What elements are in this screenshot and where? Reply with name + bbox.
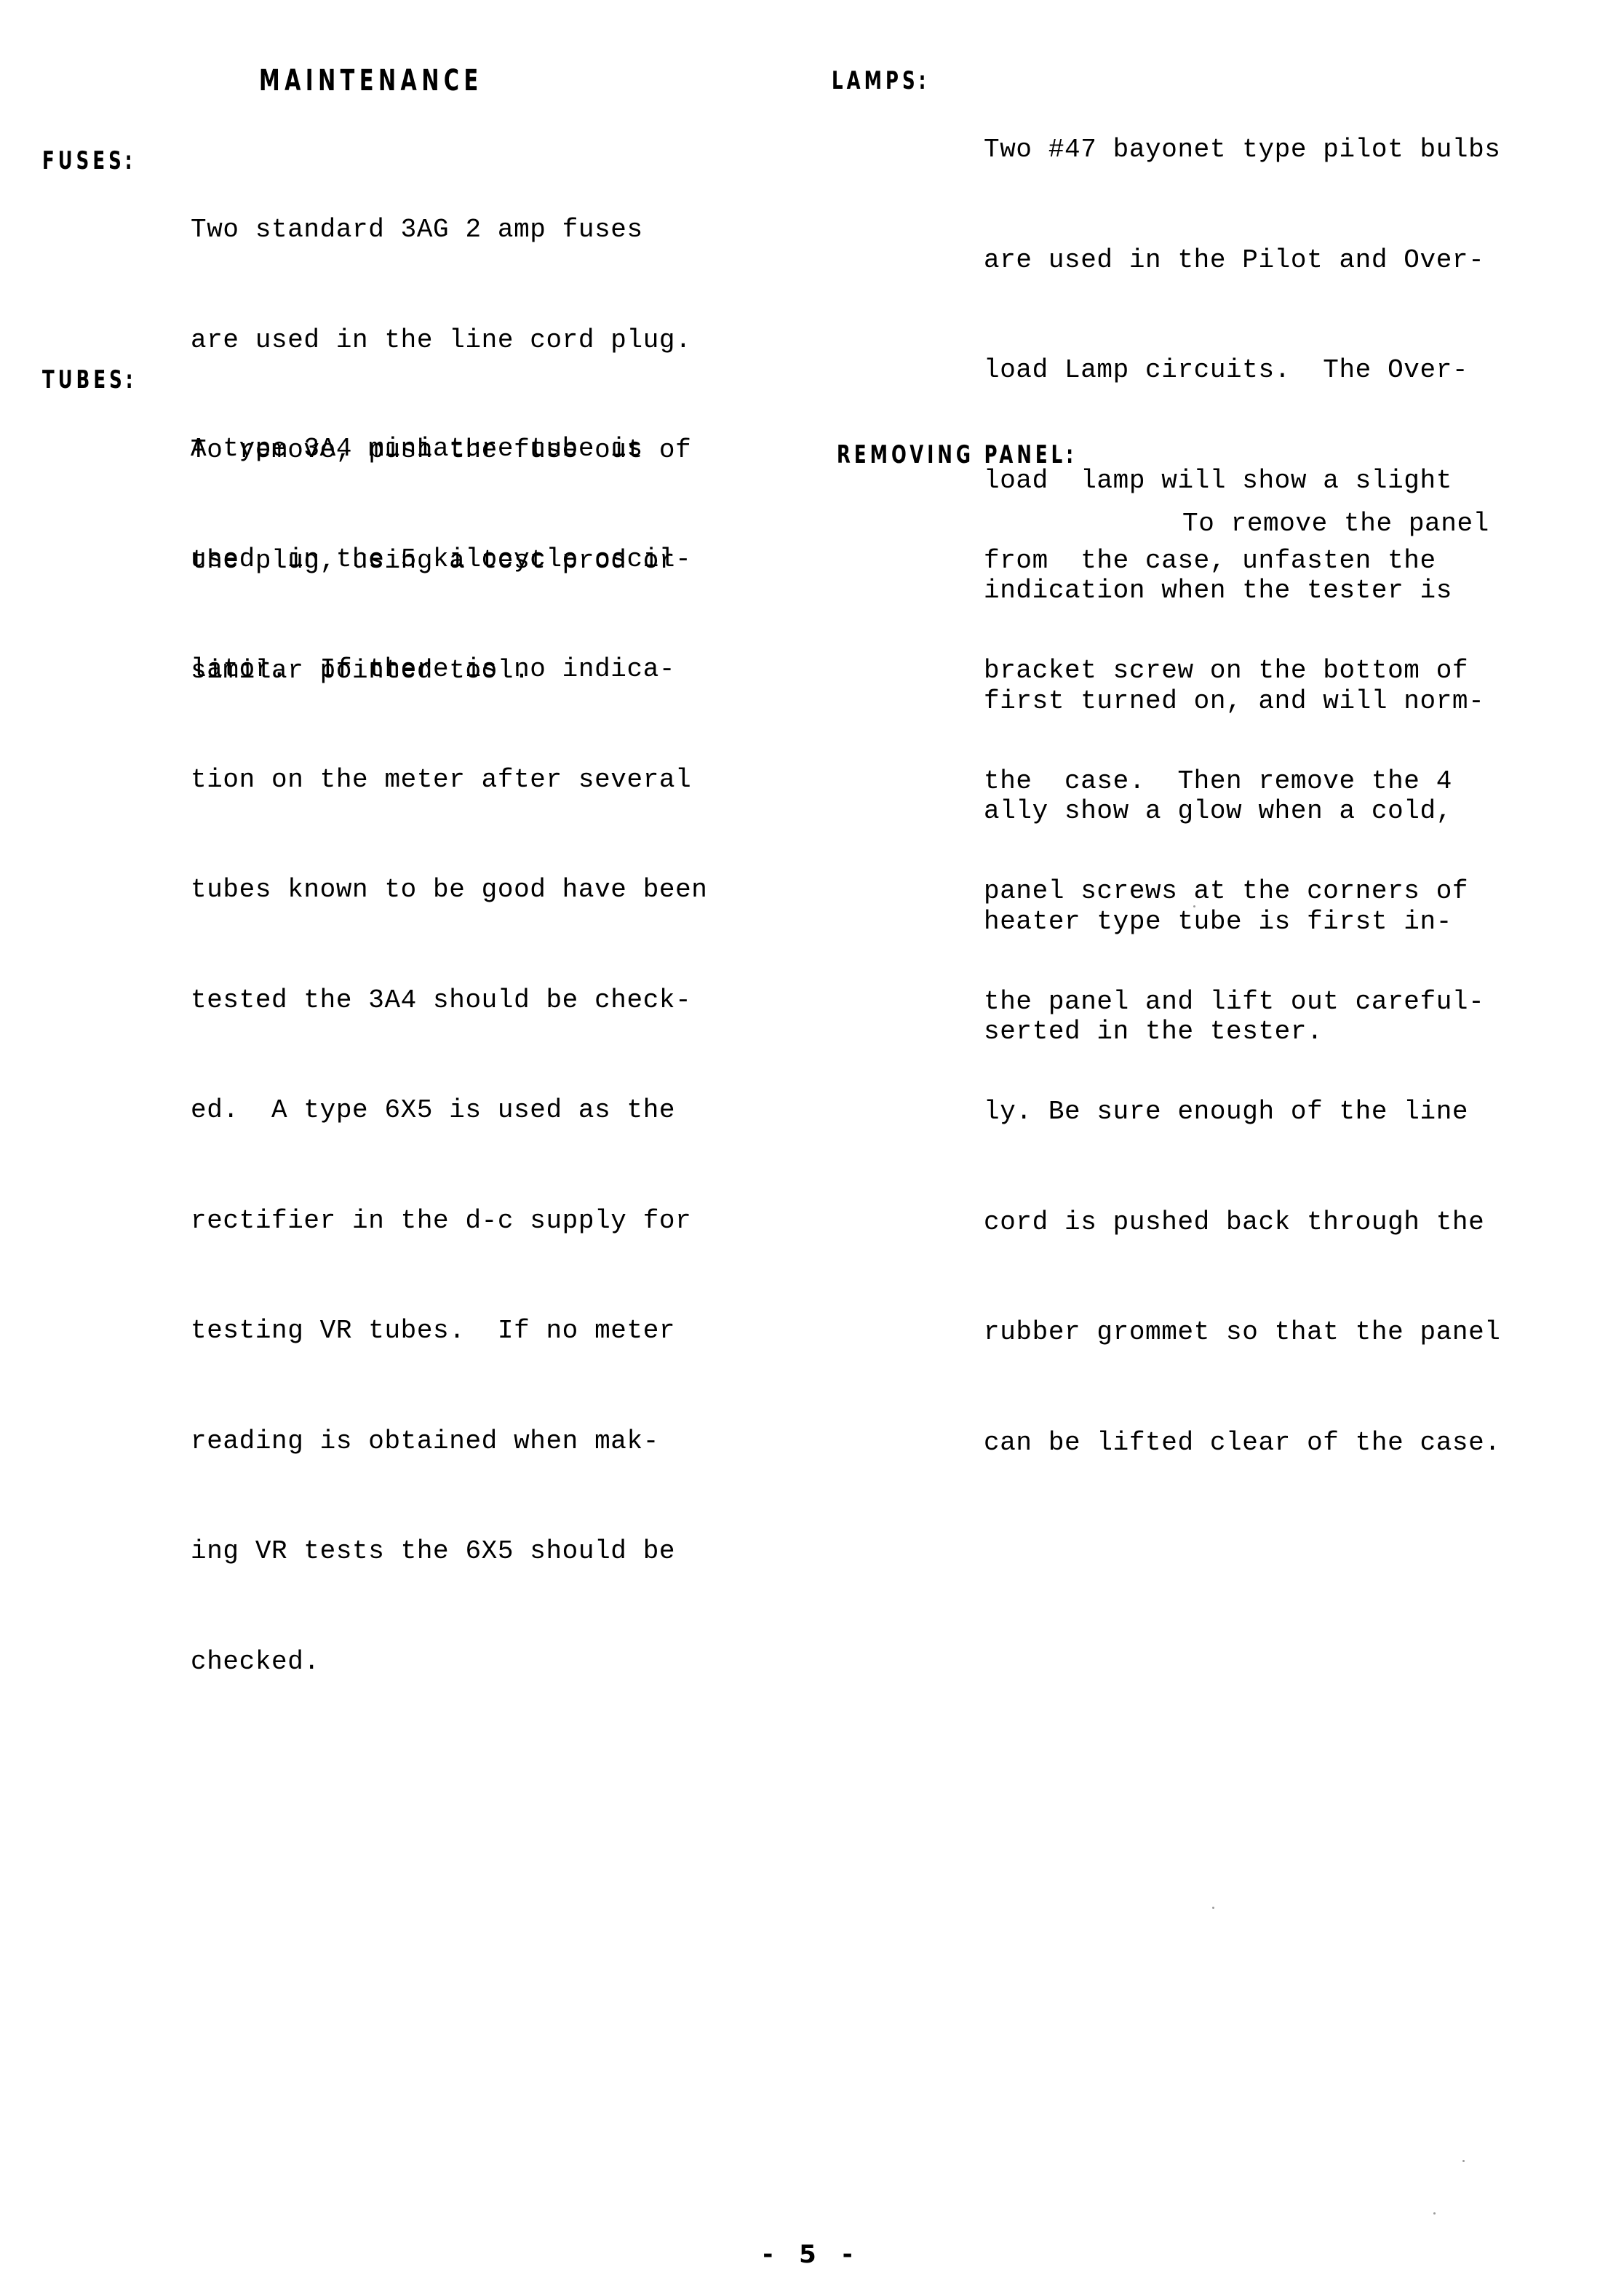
body-line: the panel and lift out careful- [984,984,1501,1021]
scan-speck [1212,1907,1214,1909]
manual-page: MAINTENANCE FUSES: Two standard 3AG 2 am… [0,0,1624,2288]
body-line: A type 3A4 miniature tube is [191,431,708,468]
body-line: from the case, unfasten the [984,543,1501,580]
body-line: checked. [191,1644,708,1681]
body-line: bracket screw on the bottom of [984,653,1501,690]
section-label-lamps: LAMPS: [832,63,930,99]
body-line: lator. If there is no indica- [191,651,708,688]
body-line: panel screws at the corners of [984,873,1501,910]
section-body-tubes: A type 3A4 miniature tube is used in the… [191,357,708,1754]
body-line: load Lamp circuits. The Over- [984,352,1501,389]
body-line: cord is pushed back through the [984,1204,1501,1242]
body-line: testing VR tubes. If no meter [191,1313,708,1350]
body-line: ing VR tests the 6X5 should be [191,1533,708,1570]
body-line: are used in the Pilot and Over- [984,242,1501,279]
body-line: tion on the meter after several [191,762,708,799]
body-line: used in the 5 kilocycle oscil- [191,541,708,579]
scan-speck [1193,905,1195,907]
body-line: rubber grommet so that the panel [984,1314,1501,1351]
body-line: tubes known to be good have been [191,872,708,909]
body-line: tested the 3A4 should be check- [191,982,708,1020]
body-line: reading is obtained when mak- [191,1423,708,1461]
scan-speck [1462,2160,1465,2162]
body-line: can be lifted clear of the case. [984,1425,1501,1462]
page-number: - 5 - [0,2240,1624,2269]
page-title: MAINTENANCE [259,64,483,98]
section-label-fuses: FUSES: [42,143,136,179]
body-line: Two #47 bayonet type pilot bulbs [984,132,1501,169]
body-line: the case. Then remove the 4 [984,763,1501,801]
section-body-removing-panel: from the case, unfasten the bracket scre… [984,469,1501,1536]
body-line: Two standard 3AG 2 amp fuses [191,212,691,249]
section-label-removing-panel: REMOVING PANEL: [837,437,1077,473]
body-line: ly. Be sure enough of the line [984,1094,1501,1131]
body-line: are used in the line cord plug. [191,322,691,360]
section-label-tubes: TUBES: [42,362,137,398]
body-line: rectifier in the d-c supply for [191,1203,708,1240]
scan-speck [1433,2212,1436,2214]
body-line: ed. A type 6X5 is used as the [191,1092,708,1129]
